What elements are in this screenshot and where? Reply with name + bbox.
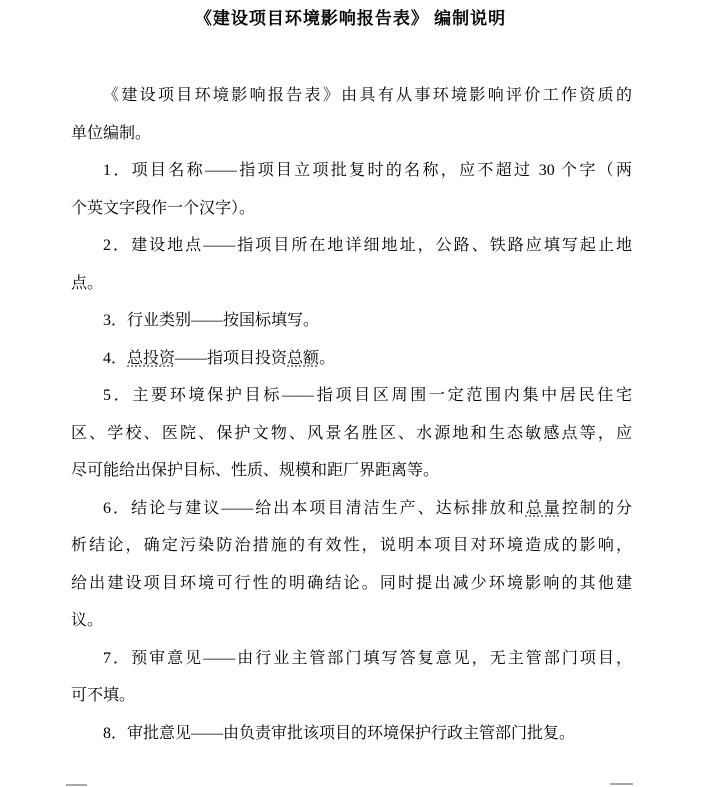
text-run: 尽可能给出保护目标、性质、规模和距厂界距离等。 (71, 462, 439, 479)
text-line: 析结论，确定污染防治措施的有效性，说明本项目对环境造成的影响， (71, 527, 632, 565)
document-title: 《建设项目环境影响报告表》 编制说明 (0, 0, 701, 31)
paragraph: 2．建设地点——指项目所在地详细地址，公路、铁路应填写起止地点。 (71, 227, 632, 302)
text-line: 可不填。 (71, 677, 632, 715)
paragraph: 7．预审意见——由行业主管部门填写答复意见，无主管部门项目，可不填。 (71, 640, 632, 715)
text-line: 5．主要环境保护目标——指项目区周围一定范围内集中居民住宅 (71, 377, 632, 415)
paragraph: 1．项目名称——指项目立项批复时的名称，应不超过 30 个字（两个英文字段作一个… (71, 152, 632, 227)
text-line: 尽可能给出保护目标、性质、规模和距厂界距离等。 (71, 452, 632, 490)
spellcheck-underlined-text: 总投资 (127, 350, 175, 367)
text-line: 点。 (71, 265, 632, 303)
spellcheck-underlined-text: 总额 (287, 350, 319, 367)
document-page: { "document": { "title": "《建设项目环境影响报告表》 … (0, 0, 701, 787)
text-run: 控制的分 (562, 500, 632, 517)
text-run: 7．预审意见——由行业主管部门填写答复意见，无主管部门项目， (103, 650, 632, 667)
text-run: ——指项目投资 (175, 350, 287, 367)
text-run: 4． (103, 350, 127, 367)
text-line: 《建设项目环境影响报告表》由具有从事环境影响评价工作资质的 (71, 77, 632, 115)
text-run: 《建设项目环境影响报告表》由具有从事环境影响评价工作资质的 (103, 87, 632, 104)
paragraph: 《建设项目环境影响报告表》由具有从事环境影响评价工作资质的单位编制。 (71, 77, 632, 152)
text-run: 单位编制。 (71, 125, 151, 142)
text-run: 给出建设项目环境可行性的明确结论。同时提出减少环境影响的其他建 (71, 575, 632, 592)
text-line: 6．结论与建议——给出本项目清洁生产、达标排放和总量控制的分 (71, 490, 632, 528)
text-run: 6．结论与建议——给出本项目清洁生产、达标排放和 (103, 500, 526, 517)
paragraph: 3．行业类别——按国标填写。 (71, 302, 632, 340)
text-line: 给出建设项目环境可行性的明确结论。同时提出减少环境影响的其他建 (71, 565, 632, 603)
text-line: 4．总投资——指项目投资总额。 (71, 340, 632, 378)
text-line: 个英文字段作一个汉字）。 (71, 190, 632, 228)
text-line: 7．预审意见——由行业主管部门填写答复意见，无主管部门项目， (71, 640, 632, 678)
text-run: 议。 (71, 612, 103, 629)
page-corner-mark-left (66, 784, 87, 786)
text-line: 3．行业类别——按国标填写。 (71, 302, 632, 340)
page-corner-mark-right (610, 783, 633, 785)
text-run: 8．审批意见——由负责审批该项目的环境保护行政主管部门批复。 (103, 725, 575, 742)
text-run: 个英文字段作一个汉字）。 (71, 200, 255, 217)
paragraph: 4．总投资——指项目投资总额。 (71, 340, 632, 378)
text-run: 1．项目名称——指项目立项批复时的名称，应不超过 30 个字（两 (103, 162, 632, 179)
text-line: 议。 (71, 602, 632, 640)
text-line: 2．建设地点——指项目所在地详细地址，公路、铁路应填写起止地 (71, 227, 632, 265)
text-line: 区、学校、医院、保护文物、风景名胜区、水源地和生态敏感点等，应 (71, 415, 632, 453)
paragraph: 5．主要环境保护目标——指项目区周围一定范围内集中居民住宅区、学校、医院、保护文… (71, 377, 632, 490)
text-run: 析结论，确定污染防治措施的有效性，说明本项目对环境造成的影响， (71, 537, 632, 554)
document-body: 《建设项目环境影响报告表》由具有从事环境影响评价工作资质的单位编制。1．项目名称… (71, 77, 632, 752)
paragraph: 8．审批意见——由负责审批该项目的环境保护行政主管部门批复。 (71, 715, 632, 753)
text-line: 单位编制。 (71, 115, 632, 153)
text-run: 5．主要环境保护目标——指项目区周围一定范围内集中居民住宅 (103, 387, 632, 404)
text-line: 1．项目名称——指项目立项批复时的名称，应不超过 30 个字（两 (71, 152, 632, 190)
text-run: 3．行业类别——按国标填写。 (103, 312, 319, 329)
text-run: 点。 (71, 275, 103, 292)
text-line: 8．审批意见——由负责审批该项目的环境保护行政主管部门批复。 (71, 715, 632, 753)
text-run: 区、学校、医院、保护文物、风景名胜区、水源地和生态敏感点等，应 (71, 425, 632, 442)
text-run: 可不填。 (71, 687, 135, 704)
text-run: 。 (319, 350, 335, 367)
paragraph: 6．结论与建议——给出本项目清洁生产、达标排放和总量控制的分析结论，确定污染防治… (71, 490, 632, 640)
spellcheck-underlined-text: 总量 (526, 500, 562, 517)
text-run: 2．建设地点——指项目所在地详细地址，公路、铁路应填写起止地 (103, 237, 632, 254)
